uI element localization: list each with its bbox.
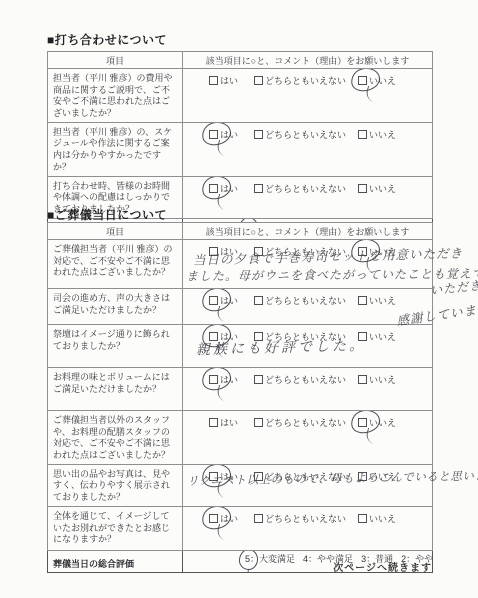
answer-options: はい どちらともいえない いいえ — [183, 507, 432, 525]
column-header-answer: 該当項目に○と、コメント（理由）をお願いします — [183, 223, 433, 240]
option-yes-circled: はい — [209, 330, 238, 343]
answer-options: はい どちらともいえない いいえ — [183, 368, 432, 386]
option-yes-circled: はい — [209, 470, 238, 483]
option-neither: どちらともいえない — [254, 512, 346, 525]
checkbox-icon — [358, 76, 367, 85]
checkbox-icon — [254, 296, 263, 305]
checkbox-icon — [358, 514, 367, 523]
funeral-table: 項目 該当項目に○と、コメント（理由）をお願いします ご葬儀担当者（平川 雅彦）… — [47, 222, 433, 573]
option-yes-circled: はい — [209, 182, 238, 195]
question-label: 司会の進め方、声の大きさはご満足いただけましたか？ — [48, 289, 183, 325]
option-no-circled: いいえ — [358, 245, 396, 258]
option-neither: どちらともいえない — [254, 245, 346, 258]
question-label: 思い出の品やお写真は、見やすく、伝わりやすく展示されておりましたか？ — [48, 464, 183, 506]
checkbox-icon — [254, 514, 263, 523]
option-neither: どちらともいえない — [254, 416, 346, 429]
option-neither: どちらともいえない — [254, 74, 346, 87]
option-no-circled: いいえ — [358, 74, 396, 87]
checkbox-icon — [358, 472, 367, 481]
table-row: 思い出の品やお写真は、見やすく、伝わりやすく展示されておりましたか？ はい どち… — [48, 464, 433, 506]
checkbox-icon — [209, 247, 218, 256]
table-header-row: 項目 該当項目に○と、コメント（理由）をお願いします — [48, 223, 433, 240]
checkbox-icon — [209, 375, 218, 384]
checkbox-icon — [209, 472, 218, 481]
column-header-item: 項目 — [48, 52, 183, 69]
answer-options: はい どちらともいえない いいえ — [183, 465, 432, 483]
checkbox-icon — [254, 375, 263, 384]
checkbox-icon — [358, 247, 367, 256]
scanned-questionnaire-page: ■打ち合わせについて 項目 該当項目に○と、コメント（理由）をお願いします 担当… — [0, 0, 478, 598]
checkbox-icon — [209, 418, 218, 427]
checkbox-icon — [358, 184, 367, 193]
checkbox-icon — [209, 76, 218, 85]
option-no: いいえ — [358, 373, 396, 386]
checkbox-icon — [209, 296, 218, 305]
table-row: 担当者（平川 雅彦）の費用や商品に関するご説明で、ご不安やご不満に思われた点はご… — [48, 69, 433, 123]
option-yes: はい — [209, 245, 238, 258]
option-neither: どちらともいえない — [254, 294, 346, 307]
checkbox-icon — [254, 76, 263, 85]
option-no: いいえ — [358, 294, 396, 307]
footer-note: 次ページへ続きます — [333, 559, 432, 574]
option-no: いいえ — [358, 330, 396, 343]
checkbox-icon — [358, 418, 367, 427]
handwritten-comment: いただき — [429, 276, 478, 298]
checkbox-icon — [254, 472, 263, 481]
checkbox-icon — [254, 184, 263, 193]
checkbox-icon — [254, 247, 263, 256]
column-header-answer: 該当項目に○と、コメント（理由）をお願いします — [183, 52, 433, 69]
table-row: ご葬儀担当者（平川 雅彦）の対応で、ご不安やご不満に思われた点はございましたか？… — [48, 240, 433, 289]
option-no: いいえ — [358, 128, 396, 141]
section-title-funeral: ■ご葬儀当日について — [47, 206, 167, 223]
table-row: 全体を通じて、イメージしていたお別れができたとお感じになりますか？ はい どちら… — [48, 506, 433, 550]
option-yes: はい — [209, 74, 238, 87]
option-no: いいえ — [358, 470, 396, 483]
checkbox-icon — [254, 332, 263, 341]
question-label: 全体を通じて、イメージしていたお別れができたとお感じになりますか？ — [48, 506, 183, 550]
checkbox-icon — [209, 130, 218, 139]
answer-options: はい どちらともいえない いいえ — [183, 123, 432, 141]
question-label: 担当者（平川 雅彦）の費用や商品に関するご説明で、ご不安やご不満に思われた点はご… — [48, 69, 183, 123]
answer-options: はい どちらともいえない いいえ — [183, 69, 432, 87]
checkbox-icon — [358, 332, 367, 341]
checkbox-icon — [209, 514, 218, 523]
checkbox-icon — [358, 130, 367, 139]
column-header-item: 項目 — [48, 223, 183, 240]
option-neither: どちらともいえない — [254, 182, 346, 195]
option-yes-circled: はい — [209, 128, 238, 141]
answer-options: はい どちらともいえない いいえ — [183, 240, 432, 258]
checkbox-icon — [254, 130, 263, 139]
option-yes-circled: はい — [209, 512, 238, 525]
section-title-meeting: ■打ち合わせについて — [47, 31, 167, 48]
option-neither: どちらともいえない — [254, 128, 346, 141]
question-label: 祭壇はイメージ通りに飾られておりましたか？ — [48, 325, 183, 368]
answer-options: はい どちらともいえない いいえ — [183, 289, 432, 307]
checkbox-icon — [358, 296, 367, 305]
table-row: 祭壇はイメージ通りに飾られておりましたか？ はい どちらともいえない いいえ — [48, 325, 433, 368]
question-label: ご葬儀担当者（平川 雅彦）の対応で、ご不安やご不満に思われた点はございましたか？ — [48, 240, 183, 289]
option-yes: はい — [209, 416, 238, 429]
checkbox-icon — [209, 184, 218, 193]
option-yes-circled: はい — [209, 294, 238, 307]
question-label: ご葬儀担当者以外のスタッフや、お料理の配膳スタッフの対応で、ご不安やご不満に思わ… — [48, 411, 183, 465]
option-neither: どちらともいえない — [254, 330, 346, 343]
option-yes-circled: はい — [209, 373, 238, 386]
question-label: お料理の味とボリュームにはご満足いただけましたか？ — [48, 368, 183, 411]
option-no: いいえ — [358, 512, 396, 525]
checkbox-icon — [358, 375, 367, 384]
rating-label: 葬儀当日の総合評価 — [48, 550, 183, 572]
option-neither: どちらともいえない — [254, 470, 346, 483]
table-row: 担当者（平川 雅彦）の、スケジュールや作法に関するご案内は分かりやすかったですか… — [48, 122, 433, 176]
answer-options: はい どちらともいえない いいえ — [183, 411, 432, 429]
option-neither: どちらともいえない — [254, 373, 346, 386]
checkbox-icon — [209, 332, 218, 341]
table-header-row: 項目 該当項目に○と、コメント（理由）をお願いします — [48, 52, 433, 69]
rating-5: 5：大変満足 — [245, 554, 295, 564]
question-label: 担当者（平川 雅彦）の、スケジュールや作法に関するご案内は分かりやすかったですか… — [48, 122, 183, 176]
table-row: 司会の進め方、声の大きさはご満足いただけましたか？ はい どちらともいえない い… — [48, 289, 433, 325]
circle-annotation: 5 — [245, 554, 250, 564]
table-row: ご葬儀担当者以外のスタッフや、お料理の配膳スタッフの対応で、ご不安やご不満に思わ… — [48, 411, 433, 465]
answer-options: はい どちらともいえない いいえ — [183, 325, 432, 343]
option-no-circled: いいえ — [358, 416, 396, 429]
table-row: お料理の味とボリュームにはご満足いただけましたか？ はい どちらともいえない い… — [48, 368, 433, 411]
option-no: いいえ — [358, 182, 396, 195]
answer-options: はい どちらともいえない いいえ — [183, 177, 432, 195]
checkbox-icon — [254, 418, 263, 427]
